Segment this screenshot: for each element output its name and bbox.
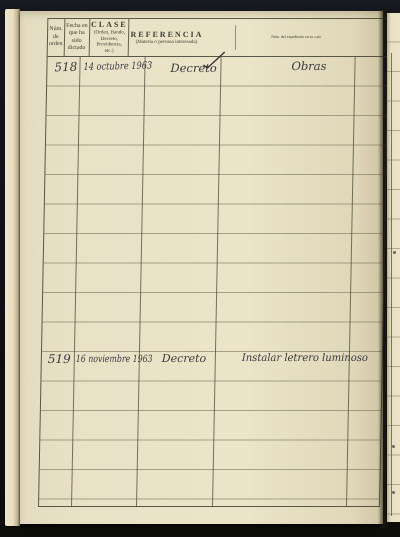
stray-ink-mark <box>392 445 395 448</box>
stray-ink-mark <box>392 491 395 494</box>
adjacent-page-edge <box>387 13 400 522</box>
referencia-subtitle: (Materia o persona interesada) <box>136 39 198 45</box>
entry-519-number: 519 <box>48 352 71 366</box>
entry-518-number: 518 <box>54 60 77 75</box>
referencia-title: REFERENCIA <box>130 30 203 39</box>
column-divider <box>136 57 146 507</box>
stray-ink-mark <box>393 251 396 254</box>
entry-519-class: Decreto <box>162 352 207 365</box>
column-header-fecha: Fecha en que ha sido dictado <box>63 19 89 56</box>
entry-519-reference: Instalar letrero luminoso <box>242 352 368 364</box>
photographed-register-book: Núm. de orden Fecha en que ha sido dicta… <box>0 0 400 537</box>
column-header-expediente: Núm. del expediente en su caso <box>235 25 357 49</box>
register-page: Núm. de orden Fecha en que ha sido dicta… <box>20 11 383 524</box>
decree-register-table: Núm. de orden Fecha en que ha sido dicta… <box>38 18 389 507</box>
entry-519-date: 16 noviembre 1963 <box>76 354 153 365</box>
page-edge-stack <box>5 9 20 526</box>
entry-518-reference: Obras <box>291 59 326 73</box>
column-divider <box>71 57 81 507</box>
column-header-num: Núm. de orden <box>48 19 64 56</box>
column-header-clase: CLASE (Orden, Bando, Decreto, Providenci… <box>88 19 128 56</box>
clase-title: CLASE <box>91 20 128 29</box>
entry-518-date: 14 octubre 1963 <box>83 61 152 73</box>
column-divider <box>346 57 356 507</box>
column-divider <box>212 57 222 507</box>
ruled-row-grid: 518 14 octubre 1963 Decreto Obras 519 16… <box>39 57 388 507</box>
checkmark-stroke <box>193 51 227 73</box>
clase-subtitle: (Orden, Bando, Decreto, Providencia, etc… <box>92 30 126 54</box>
